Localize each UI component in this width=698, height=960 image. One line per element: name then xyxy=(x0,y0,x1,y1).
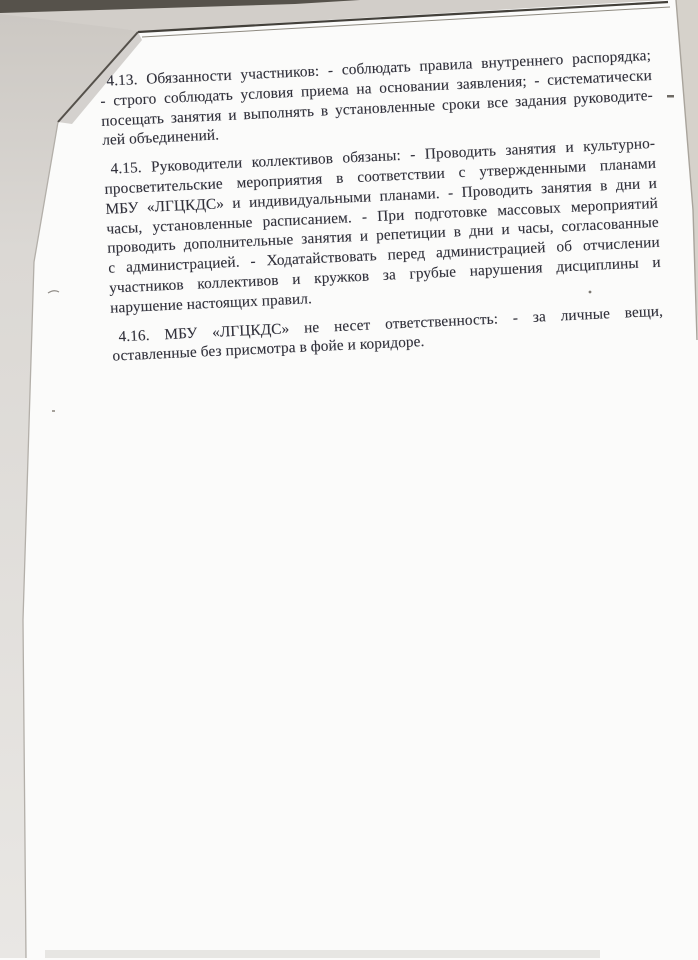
scan-speck xyxy=(667,95,674,98)
document-text: 4.13. Обязанности участников: - соблюдат… xyxy=(99,46,665,376)
paragraph: 4.15. Руководители коллективов обязаны: … xyxy=(103,134,662,318)
right-scanner-strip xyxy=(676,0,698,340)
scan-speck xyxy=(52,410,55,412)
scanned-page: 4.13. Обязанности участников: - соблюдат… xyxy=(0,0,698,960)
bottom-scan-smudge xyxy=(45,950,600,958)
scan-speck xyxy=(48,291,59,293)
